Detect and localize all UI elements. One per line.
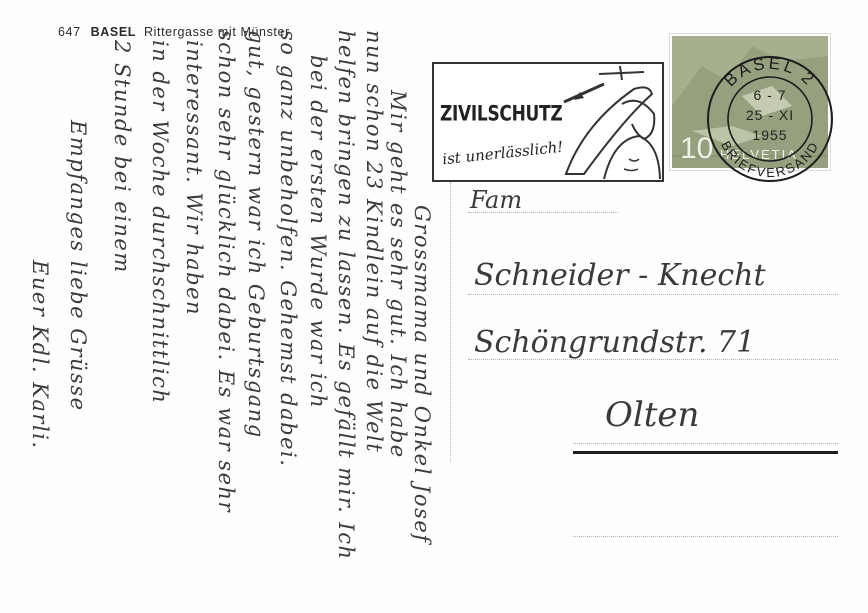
message-line: in der Woche durchschnittlich: [148, 40, 172, 404]
address-name: Schneider - Knecht: [474, 258, 766, 293]
message-line: Empfanges liebe Grüsse: [66, 120, 90, 412]
address-rule: [573, 443, 838, 444]
message-line: Mir geht es sehr gut. Ich habe: [386, 90, 410, 459]
message-line: helfen bringen zu lassen. Es gefällt mir…: [334, 30, 358, 561]
address-street: Schöngrundstr. 71: [474, 325, 755, 360]
handwritten-message: Grossmama und Onkel Josef Mir geht es se…: [18, 30, 448, 613]
postcard-back: 647BASELRittergasse mit Münster Grossmam…: [0, 0, 868, 613]
message-line: so ganz unbeholfen. Gehemst dabei.: [276, 30, 300, 467]
address-rule: [468, 294, 838, 295]
address-city: Olten: [605, 395, 699, 435]
address-city-underline: [573, 451, 838, 454]
civil-defense-figure-icon: [544, 64, 662, 180]
address-rule: [468, 359, 838, 360]
svg-text:BASEL 2: BASEL 2: [720, 54, 819, 91]
postmark-top-text: BASEL 2: [720, 54, 819, 91]
message-line: 2 Stunde bei einem: [110, 40, 134, 274]
postmark-time: 6 - 7: [703, 87, 837, 103]
address-salutation: Fam: [470, 186, 522, 214]
message-line: Euer Kdl. Karli.: [28, 260, 52, 450]
message-line: gut, gestern war ich Geburtsgang: [244, 30, 268, 439]
card-divider: [450, 182, 451, 462]
address-rule: [573, 536, 838, 537]
message-line: schon sehr glücklich dabei. Es war sehr: [214, 30, 238, 513]
postmark-bottom-text: BRIEFVERSAND: [718, 138, 822, 180]
slogan-cancel: ZIVILSCHUTZ ist unerlässlich!: [432, 62, 664, 182]
postmark: BASEL 2 BRIEFVERSAND 6 - 7 25 - XI 1955: [703, 52, 837, 186]
message-line: Grossmama und Onkel Josef: [410, 205, 434, 544]
message-line: nun schon 23 Kindlein auf die Welt: [362, 30, 386, 453]
svg-text:BRIEFVERSAND: BRIEFVERSAND: [718, 138, 822, 180]
address-rule: [468, 212, 618, 213]
message-line: bei der ersten Wurde war ich: [306, 55, 330, 409]
postmark-date: 25 - XI: [703, 107, 837, 123]
postmark-year: 1955: [703, 127, 837, 143]
message-line: interessant. Wir haben: [182, 40, 206, 316]
